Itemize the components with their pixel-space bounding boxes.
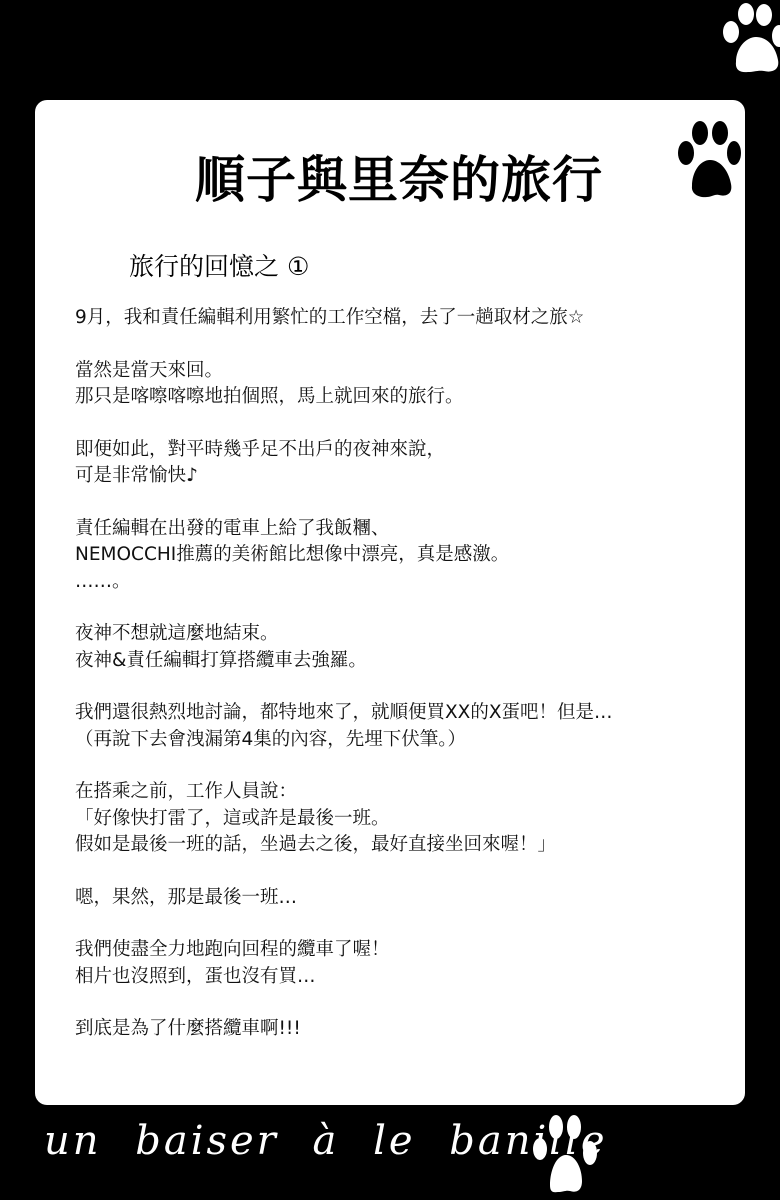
paragraph: 嗯，果然，那是最後一班… (75, 885, 735, 912)
text-line: 假如是最後一班的話，坐過去之後，最好直接坐回來喔！」 (75, 832, 735, 859)
paw-print-icon (530, 1113, 604, 1193)
footer-script-title: un baiser à le banille (44, 1118, 608, 1164)
text-line: 可是非常愉快♪ (75, 463, 735, 490)
body-text: 9月，我和責任編輯利用繁忙的工作空檔，去了一趟取材之旅☆ 當然是當天來回。 那只… (75, 305, 735, 1069)
text-line: ……。 (75, 569, 735, 596)
paragraph: 9月，我和責任編輯利用繁忙的工作空檔，去了一趟取材之旅☆ (75, 305, 735, 332)
text-line: 在搭乘之前，工作人員說： (75, 779, 735, 806)
paragraph: 我們還很熱烈地討論，都特地來了，就順便買XX的X蛋吧！但是… （再說下去會洩漏第… (75, 700, 735, 753)
text-line: 到底是為了什麼搭纜車啊!!! (75, 1016, 735, 1043)
text-line: 夜神不想就這麼地結束。 (75, 621, 735, 648)
paragraph: 即便如此，對平時幾乎足不出戶的夜神來說， 可是非常愉快♪ (75, 437, 735, 490)
paragraph: 責任編輯在出發的電車上給了我飯糰、 NEMOCCHI推薦的美術館比想像中漂亮，真… (75, 516, 735, 596)
paw-print-icon (676, 120, 742, 200)
content-panel: 順子與里奈的旅行 旅行的回憶之 ① 9月，我和責任編輯利用繁忙的工作空檔，去了一… (35, 100, 745, 1105)
text-line: 9月，我和責任編輯利用繁忙的工作空檔，去了一趟取材之旅☆ (75, 305, 735, 332)
text-line: 我們還很熱烈地討論，都特地來了，就順便買XX的X蛋吧！但是… (75, 700, 735, 727)
paw-print-icon (716, 0, 780, 75)
text-line: 嗯，果然，那是最後一班… (75, 885, 735, 912)
paragraph: 在搭乘之前，工作人員說： 「好像快打雷了，這或許是最後一班。 假如是最後一班的話… (75, 779, 735, 859)
page-title: 順子與里奈的旅行 (195, 140, 603, 212)
text-line: 相片也沒照到，蛋也沒有買… (75, 964, 735, 991)
text-line: 「好像快打雷了，這或許是最後一班。 (75, 806, 735, 833)
paragraph: 到底是為了什麼搭纜車啊!!! (75, 1016, 735, 1043)
text-line: 那只是喀嚓喀嚓地拍個照，馬上就回來的旅行。 (75, 384, 735, 411)
paragraph: 當然是當天來回。 那只是喀嚓喀嚓地拍個照，馬上就回來的旅行。 (75, 358, 735, 411)
text-line: 即便如此，對平時幾乎足不出戶的夜神來說， (75, 437, 735, 464)
text-line: 夜神&責任編輯打算搭纜車去強羅。 (75, 648, 735, 675)
paragraph: 我們使盡全力地跑向回程的纜車了喔！ 相片也沒照到，蛋也沒有買… (75, 937, 735, 990)
text-line: （再說下去會洩漏第4集的內容，先埋下伏筆。） (75, 727, 735, 754)
paragraph: 夜神不想就這麼地結束。 夜神&責任編輯打算搭纜車去強羅。 (75, 621, 735, 674)
section-subtitle: 旅行的回憶之 ① (129, 247, 309, 283)
text-line: 當然是當天來回。 (75, 358, 735, 385)
text-line: 責任編輯在出發的電車上給了我飯糰、 (75, 516, 735, 543)
text-line: NEMOCCHI推薦的美術館比想像中漂亮，真是感激。 (75, 542, 735, 569)
text-line: 我們使盡全力地跑向回程的纜車了喔！ (75, 937, 735, 964)
